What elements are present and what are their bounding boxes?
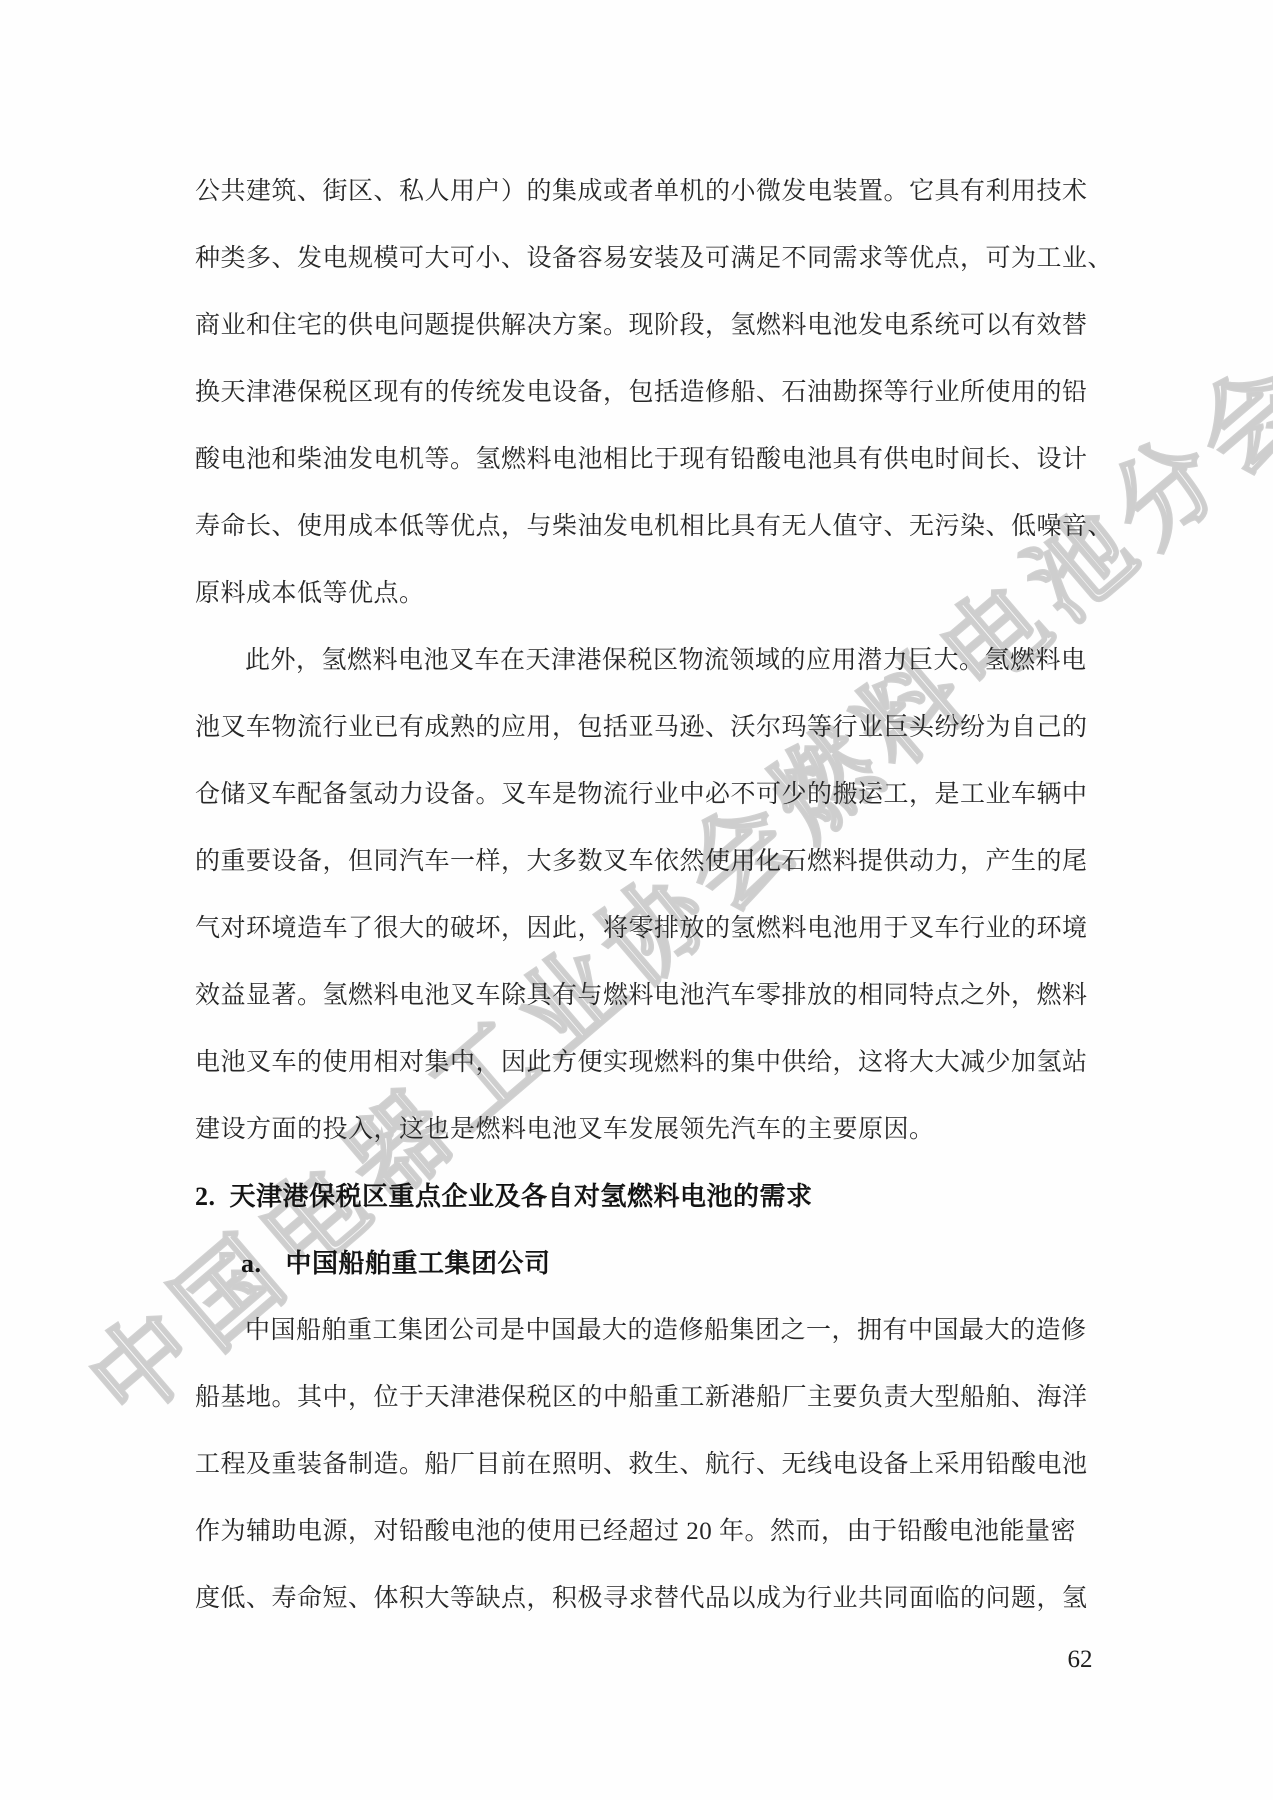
document-body: 公共建筑、街区、私人用户）的集成或者单机的小微发电装置。它具有利用技术种类多、发… <box>195 158 1100 1632</box>
text-line: 中国船舶重工集团公司是中国最大的造修船集团之一，拥有中国最大的造修 <box>195 1297 1100 1364</box>
text-line: 度低、寿命短、体积大等缺点，积极寻求替代品以成为行业共同面临的问题，氢 <box>195 1565 1100 1632</box>
heading-label: a. <box>241 1249 262 1278</box>
text-line: 酸电池和柴油发电机等。氢燃料电池相比于现有铅酸电池具有供电时间长、设计 <box>195 426 1100 493</box>
text-line: 工程及重装备制造。船厂目前在照明、救生、航行、无线电设备上采用铅酸电池 <box>195 1431 1100 1498</box>
heading-text: 天津港保税区重点企业及各自对氢燃料电池的需求 <box>230 1182 813 1211</box>
text-line: 建设方面的投入，这也是燃料电池叉车发展领先汽车的主要原因。 <box>195 1096 1100 1163</box>
text-line: 的重要设备，但同汽车一样，大多数叉车依然使用化石燃料提供动力，产生的尾 <box>195 828 1100 895</box>
text-line: 池叉车物流行业已有成熟的应用，包括亚马逊、沃尔玛等行业巨头纷纷为自己的 <box>195 694 1100 761</box>
text-line: 种类多、发电规模可大可小、设备容易安装及可满足不同需求等优点，可为工业、 <box>195 225 1100 292</box>
text-line: 此外，氢燃料电池叉车在天津港保税区物流领域的应用潜力巨大。氢燃料电 <box>195 627 1100 694</box>
text-line: 公共建筑、街区、私人用户）的集成或者单机的小微发电装置。它具有利用技术 <box>195 158 1100 225</box>
text-line: 换天津港保税区现有的传统发电设备，包括造修船、石油勘探等行业所使用的铅 <box>195 359 1100 426</box>
heading-lettered: a.中国船舶重工集团公司 <box>195 1230 1100 1297</box>
page-number: 62 <box>1050 1640 1110 1680</box>
heading-text: 中国船舶重工集团公司 <box>286 1249 551 1278</box>
text-line: 船基地。其中，位于天津港保税区的中船重工新港船厂主要负责大型船舶、海洋 <box>195 1364 1100 1431</box>
text-line: 商业和住宅的供电问题提供解决方案。现阶段，氢燃料电池发电系统可以有效替 <box>195 292 1100 359</box>
text-line: 气对环境造车了很大的破坏，因此，将零排放的氢燃料电池用于叉车行业的环境 <box>195 895 1100 962</box>
text-line: 寿命长、使用成本低等优点，与柴油发电机相比具有无人值守、无污染、低噪音、 <box>195 493 1100 560</box>
text-line: 电池叉车的使用相对集中，因此方便实现燃料的集中供给，这将大大减少加氢站 <box>195 1029 1100 1096</box>
text-line: 仓储叉车配备氢动力设备。叉车是物流行业中必不可少的搬运工，是工业车辆中 <box>195 761 1100 828</box>
heading-numbered: 2.天津港保税区重点企业及各自对氢燃料电池的需求 <box>195 1163 1100 1230</box>
text-line: 效益显著。氢燃料电池叉车除具有与燃料电池汽车零排放的相同特点之外，燃料 <box>195 962 1100 1029</box>
text-line: 作为辅助电源，对铅酸电池的使用已经超过 20 年。然而，由于铅酸电池能量密 <box>195 1498 1100 1565</box>
text-line: 原料成本低等优点。 <box>195 560 1100 627</box>
document-page: 中国电器工业协会燃料电池分会 公共建筑、街区、私人用户）的集成或者单机的小微发电… <box>0 0 1273 1800</box>
heading-label: 2. <box>195 1182 216 1211</box>
